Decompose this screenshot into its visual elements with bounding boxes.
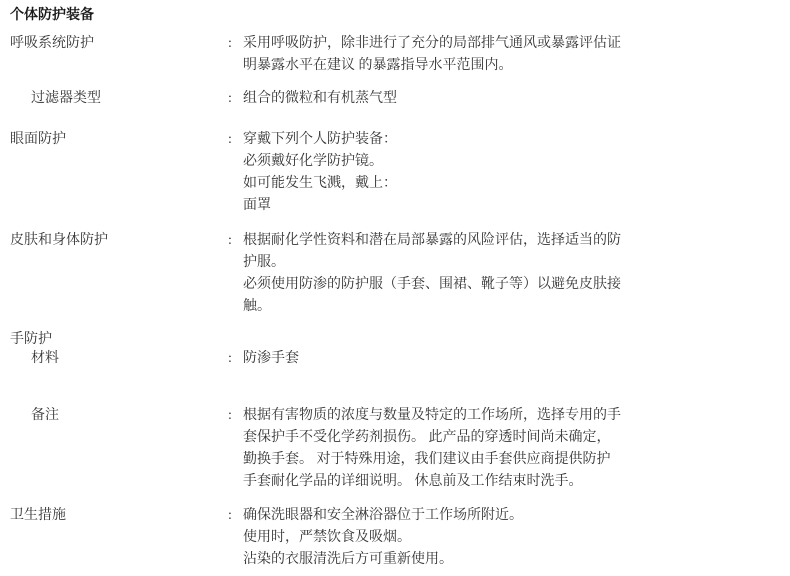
- field-row-eye-face-protection: 眼面防护 : 穿戴下列个人防护装备： 必须戴好化学防护镜。 如可能发生飞溅，戴上…: [10, 129, 790, 217]
- field-colon: :: [228, 33, 243, 55]
- field-row-glove-material: 材料 : 防渗手套: [10, 348, 790, 370]
- section-title: 个体防护装备: [10, 5, 790, 27]
- field-value: 防渗手套: [243, 348, 663, 370]
- field-value: 穿戴下列个人防护装备： 必须戴好化学防护镜。 如可能发生飞溅，戴上： 面罩: [243, 129, 663, 217]
- field-colon: :: [228, 230, 243, 252]
- field-colon: :: [228, 348, 243, 370]
- field-value: 根据耐化学性资料和潜在局部暴露的风险评估，选择适当的防 护服。 必须使用防渗的防…: [243, 230, 663, 318]
- field-label: 呼吸系统防护: [10, 33, 228, 55]
- field-row-filter-type: 过滤器类型 : 组合的微粒和有机蒸气型: [10, 88, 790, 110]
- field-label: 卫生措施: [10, 505, 228, 527]
- field-colon: :: [228, 505, 243, 527]
- field-row-respiratory-protection: 呼吸系统防护 : 采用呼吸防护，除非进行了充分的局部排气通风或暴露评估证 明暴露…: [10, 33, 790, 77]
- field-label: 备注: [10, 405, 228, 427]
- field-value: 确保洗眼器和安全淋浴器位于工作场所附近。 使用时，严禁饮食及吸烟。 沾染的衣服清…: [243, 505, 663, 571]
- field-label: 材料: [10, 348, 228, 370]
- field-label: 眼面防护: [10, 129, 228, 151]
- sds-ppe-section: 个体防护装备 呼吸系统防护 : 采用呼吸防护，除非进行了充分的局部排气通风或暴露…: [0, 0, 790, 576]
- field-value: 采用呼吸防护，除非进行了充分的局部排气通风或暴露评估证 明暴露水平在建议 的暴露…: [243, 33, 663, 77]
- field-row-hygiene-measures: 卫生措施 : 确保洗眼器和安全淋浴器位于工作场所附近。 使用时，严禁饮食及吸烟。…: [10, 505, 790, 571]
- field-label: 皮肤和身体防护: [10, 230, 228, 252]
- field-colon: :: [228, 405, 243, 427]
- field-colon: :: [228, 88, 243, 110]
- field-row-glove-remarks: 备注 : 根据有害物质的浓度与数量及特定的工作场所，选择专用的手 套保护手不受化…: [10, 405, 790, 493]
- field-value: 根据有害物质的浓度与数量及特定的工作场所，选择专用的手 套保护手不受化学药剂损伤…: [243, 405, 663, 493]
- field-row-skin-body-protection: 皮肤和身体防护 : 根据耐化学性资料和潜在局部暴露的风险评估，选择适当的防 护服…: [10, 230, 790, 318]
- field-colon: :: [228, 129, 243, 151]
- field-label: 过滤器类型: [10, 88, 228, 110]
- field-value: 组合的微粒和有机蒸气型: [243, 88, 663, 110]
